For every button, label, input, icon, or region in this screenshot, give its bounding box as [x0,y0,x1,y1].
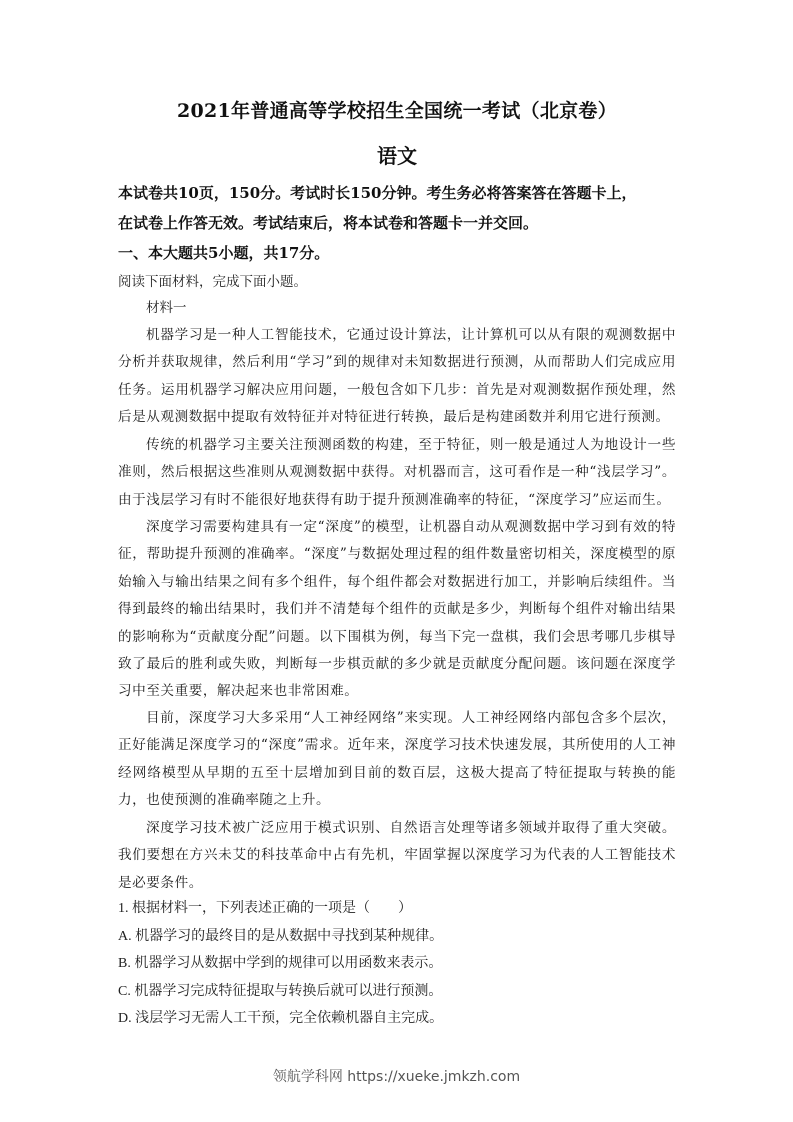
question-1: 1. 根据材料一，下列表述正确的一项是（ ） A. 机器学习的最终目的是从数据中… [118,895,443,1033]
paragraph: 深度学习需要构建具有一定“深度”的模型，让机器自动从观测数据中学习到有效的特征，… [118,514,676,706]
option-d: D. 浅层学习无需人工干预，完全依赖机器自主完成。 [118,1005,443,1033]
notice-line: 本试卷共10页，150分。考试时长150分钟。考生务必将答案答在答题卡上， [118,178,676,208]
reading-instruction: 阅读下面材料，完成下面小题。 [118,270,307,294]
paragraph: 机器学习是一种人工智能技术，它通过设计算法，让计算机可以从有限的观测数据中分析并… [118,322,676,432]
exam-notice: 本试卷共10页，150分。考试时长150分钟。考生务必将答案答在答题卡上， 在试… [118,178,676,238]
paragraph: 目前，深度学习大多采用“人工神经网络”来实现。人工神经网络内部包含多个层次，正好… [118,705,676,815]
exam-title: 2021年普通高等学校招生全国统一考试（北京卷） [118,96,676,123]
section-heading: 一、本大题共5小题，共17分。 [118,238,329,268]
option-b: B. 机器学习从数据中学到的规律可以用函数来表示。 [118,950,443,978]
question-stem: 1. 根据材料一，下列表述正确的一项是（ ） [118,895,443,923]
material-label: 材料一 [146,296,187,320]
notice-line: 在试卷上作答无效。考试结束后，将本试卷和答题卡一并交回。 [118,208,676,238]
option-a: A. 机器学习的最终目的是从数据中寻找到某种规律。 [118,923,443,951]
subject-heading: 语文 [118,140,676,169]
paragraph: 传统的机器学习主要关注预测函数的构建，至于特征，则一般是通过人为地设计一些准则，… [118,432,676,514]
option-c: C. 机器学习完成特征提取与转换后就可以进行预测。 [118,978,443,1006]
paragraph: 深度学习技术被广泛应用于模式识别、自然语言处理等诸多领域并取得了重大突破。我们要… [118,815,676,897]
footer-watermark: 领航学科网 https://xueke.jmkzh.com [0,1066,793,1086]
